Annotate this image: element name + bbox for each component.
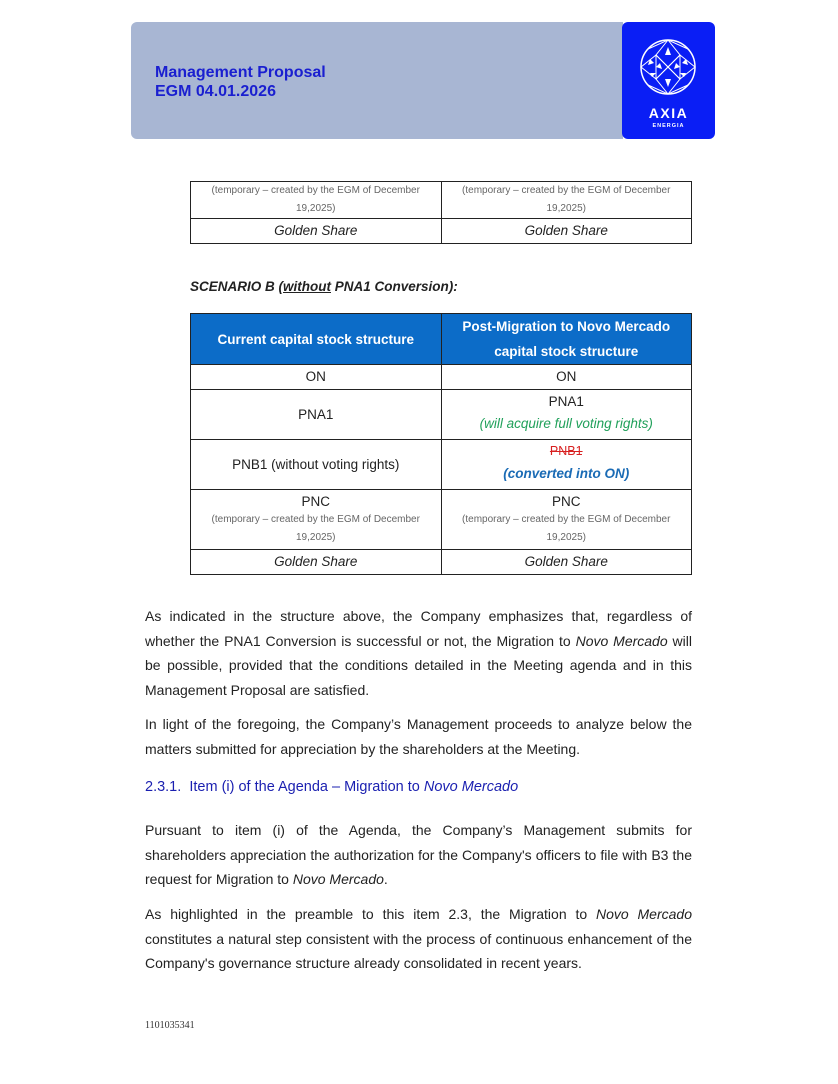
conversion-note: (converted into ON) bbox=[442, 460, 692, 487]
table-row: PNC (temporary – created by the EGM of D… bbox=[191, 490, 692, 550]
title-line-1: Management Proposal bbox=[155, 63, 326, 82]
section-heading: 2.3.1. Item (i) of the Agenda – Migratio… bbox=[145, 779, 518, 795]
table-row: PNB1 (without voting rights) PNB1 (conve… bbox=[191, 440, 692, 490]
scenario-b-table: Current capital stock structure Post-Mig… bbox=[190, 313, 692, 575]
table-row: Golden Share Golden Share bbox=[191, 219, 692, 244]
logo-subtitle: ENERGIA bbox=[622, 123, 715, 129]
struck-share-class: PNB1 bbox=[442, 442, 692, 460]
column-header: Current capital stock structure bbox=[191, 314, 442, 365]
table-row: PNA1 PNA1 (will acquire full voting righ… bbox=[191, 390, 692, 440]
title-line-2: EGM 04.01.2026 bbox=[155, 82, 326, 101]
document-id: 1101035341 bbox=[145, 1020, 195, 1031]
table-row: ON ON bbox=[191, 365, 692, 390]
cell-note: (temporary – created by the EGM of Decem… bbox=[191, 182, 441, 218]
document-title: Management Proposal EGM 04.01.2026 bbox=[155, 63, 326, 101]
company-logo: AXIA ENERGIA bbox=[622, 22, 715, 139]
column-header: Post-Migration to Novo Mercado capital s… bbox=[441, 314, 692, 365]
cell-note: (temporary – created by the EGM of Decem… bbox=[442, 182, 692, 218]
voting-rights-note: (will acquire full voting rights) bbox=[442, 411, 692, 436]
table-row: (temporary – created by the EGM of Decem… bbox=[191, 182, 692, 219]
logo-wordmark: AXIA bbox=[622, 105, 715, 121]
table-row: Golden Share Golden Share bbox=[191, 550, 692, 575]
scenario-a-table-continued: (temporary – created by the EGM of Decem… bbox=[190, 181, 692, 244]
globe-icon bbox=[638, 37, 698, 97]
paragraph: As highlighted in the preamble to this i… bbox=[145, 902, 692, 976]
paragraph: In light of the foregoing, the Company’s… bbox=[145, 712, 692, 761]
paragraph: As indicated in the structure above, the… bbox=[145, 604, 692, 702]
cell-golden-share: Golden Share bbox=[274, 223, 357, 238]
paragraph: Pursuant to item (i) of the Agenda, the … bbox=[145, 818, 692, 892]
scenario-b-label: SCENARIO B (without PNA1 Conversion): bbox=[190, 279, 458, 294]
table-header-row: Current capital stock structure Post-Mig… bbox=[191, 314, 692, 365]
cell-golden-share: Golden Share bbox=[525, 223, 608, 238]
